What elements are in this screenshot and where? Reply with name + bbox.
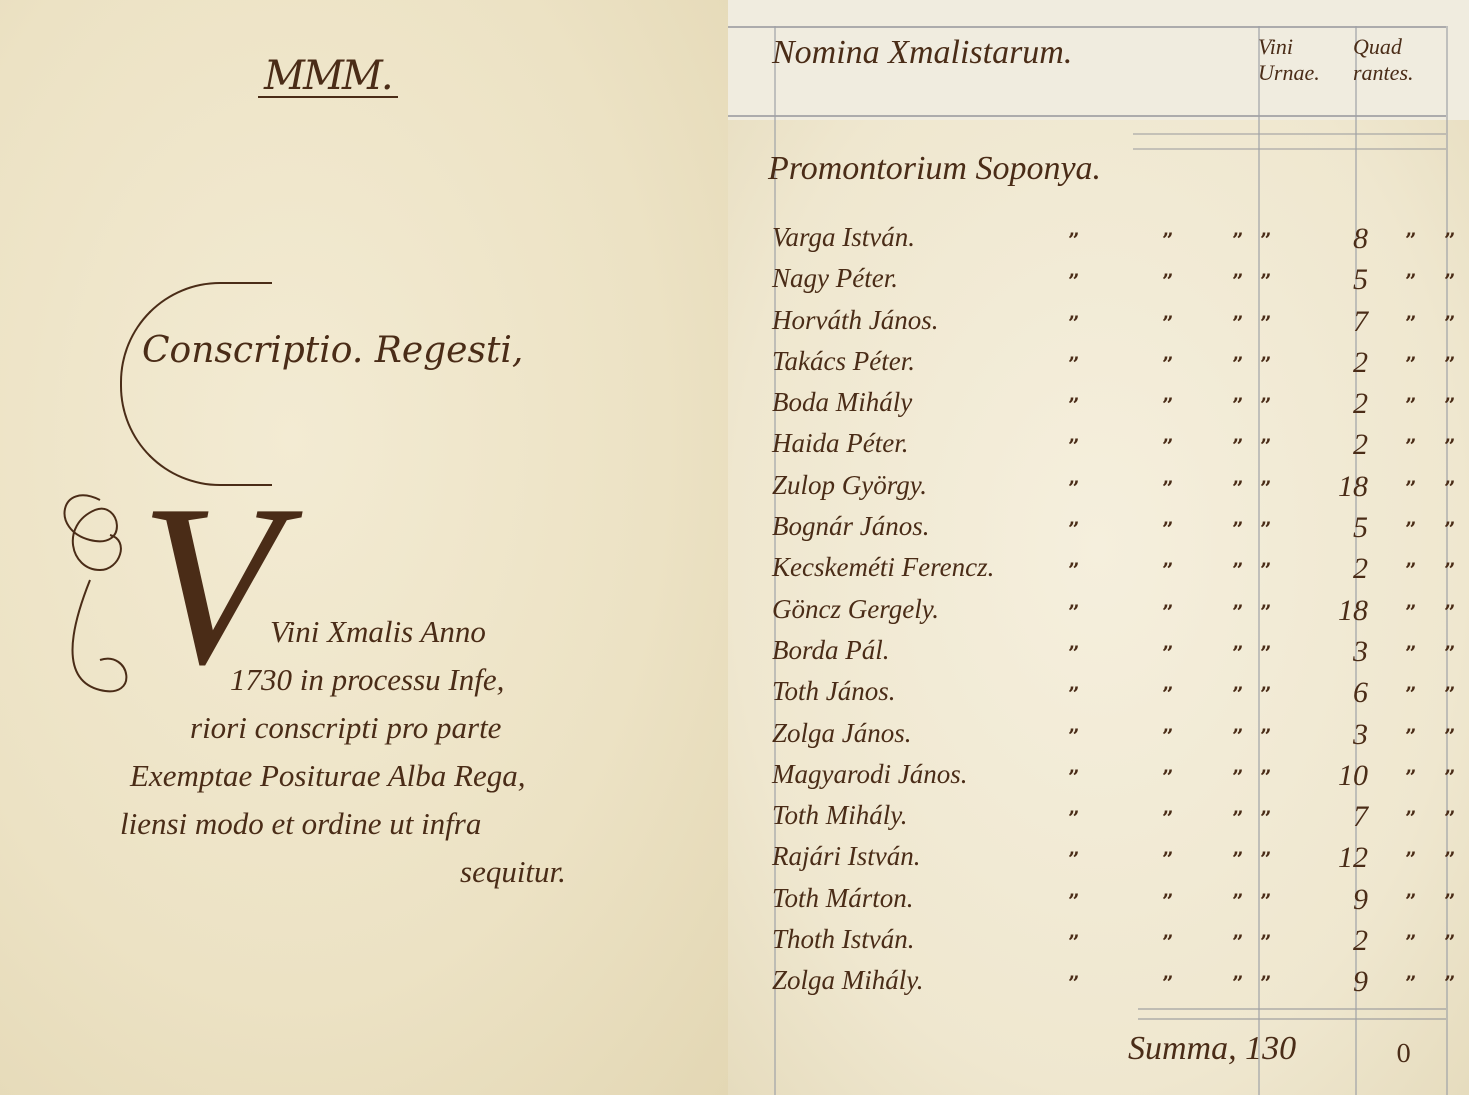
summa-quadrantes: 0 (1396, 1040, 1411, 1068)
ditto-mark: ” (1162, 600, 1174, 624)
paragraph-line: Exemptae Positurae Alba Rega, (120, 752, 730, 800)
ditto-mark: ” (1260, 517, 1272, 541)
ditto-mark: ” (1232, 476, 1244, 500)
ditto-mark: ” (1405, 269, 1417, 293)
ditto-mark: ” (1260, 847, 1272, 871)
ditto-mark: ” (1162, 269, 1174, 293)
ditto-mark: ” (1260, 434, 1272, 458)
table-row: Zolga János.””””3”” (772, 718, 1462, 759)
summa-value: 130 (1245, 1030, 1296, 1067)
ditto-mark: ” (1405, 352, 1417, 376)
ditto-mark: ” (1232, 393, 1244, 417)
ditto-mark: ” (1162, 847, 1174, 871)
row-vini-urnae: 3 (1308, 718, 1368, 752)
ditto-mark: ” (1232, 600, 1244, 624)
row-vini-urnae: 9 (1308, 965, 1368, 999)
ditto-mark: ” (1260, 682, 1272, 706)
table-row: Zolga Mihály.””””9”” (772, 965, 1462, 1006)
ditto-mark: ” (1068, 476, 1080, 500)
ditto-mark: ” (1232, 269, 1244, 293)
ditto-mark: ” (1405, 847, 1417, 871)
row-name: Zolga Mihály. (772, 965, 924, 996)
table-body: Varga István.””””8””Nagy Péter.””””5””Ho… (772, 222, 1462, 1007)
ditto-mark: ” (1232, 930, 1244, 954)
ditto-mark: ” (1162, 724, 1174, 748)
table-row: Boda Mihály””””2”” (772, 387, 1462, 428)
paragraph-line: sequitur. (120, 848, 730, 896)
ditto-mark: ” (1444, 724, 1456, 748)
ditto-mark: ” (1444, 352, 1456, 376)
ditto-mark: ” (1068, 971, 1080, 995)
row-vini-urnae: 2 (1308, 346, 1368, 380)
ditto-mark: ” (1444, 682, 1456, 706)
row-name: Toth Mihály. (772, 800, 908, 831)
row-name: Toth Márton. (772, 883, 914, 914)
ditto-mark: ” (1405, 765, 1417, 789)
table-row: Kecskeméti Ferencz.””””2”” (772, 552, 1462, 593)
ditto-mark: ” (1405, 641, 1417, 665)
ditto-mark: ” (1162, 228, 1174, 252)
ditto-mark: ” (1260, 393, 1272, 417)
row-vini-urnae: 5 (1308, 511, 1368, 545)
table-row: Thoth István.””””2”” (772, 924, 1462, 965)
ditto-mark: ” (1068, 558, 1080, 582)
ditto-mark: ” (1405, 434, 1417, 458)
ditto-mark: ” (1405, 682, 1417, 706)
ditto-mark: ” (1232, 806, 1244, 830)
row-vini-urnae: 7 (1308, 305, 1368, 339)
ditto-mark: ” (1405, 600, 1417, 624)
row-vini-urnae: 7 (1308, 800, 1368, 834)
ditto-mark: ” (1260, 600, 1272, 624)
ditto-mark: ” (1260, 724, 1272, 748)
ditto-mark: ” (1068, 641, 1080, 665)
ditto-mark: ” (1068, 806, 1080, 830)
ditto-mark: ” (1068, 682, 1080, 706)
ditto-mark: ” (1405, 558, 1417, 582)
table-rule-top (728, 26, 1446, 28)
ditto-mark: ” (1232, 765, 1244, 789)
ditto-mark: ” (1068, 517, 1080, 541)
ditto-mark: ” (1260, 889, 1272, 913)
ditto-mark: ” (1068, 724, 1080, 748)
ditto-mark: ” (1260, 476, 1272, 500)
ditto-mark: ” (1405, 889, 1417, 913)
table-row: Toth Márton.””””9”” (772, 883, 1462, 924)
row-name: Zulop György. (772, 470, 927, 501)
ditto-mark: ” (1162, 682, 1174, 706)
summa-rule (1138, 1008, 1446, 1010)
ditto-mark: ” (1260, 971, 1272, 995)
folio-mark: MMM. (258, 56, 398, 98)
ditto-mark: ” (1444, 517, 1456, 541)
table-rule (1133, 133, 1446, 135)
ditto-mark: ” (1068, 311, 1080, 335)
ditto-mark: ” (1260, 269, 1272, 293)
table-row: Varga István.””””8”” (772, 222, 1462, 263)
ditto-mark: ” (1444, 269, 1456, 293)
ditto-mark: ” (1162, 641, 1174, 665)
paragraph-line: riori conscripti pro parte (120, 704, 730, 752)
ditto-mark: ” (1260, 352, 1272, 376)
table-rule (1133, 148, 1446, 150)
table-rule-header-bottom (728, 115, 1446, 117)
ditto-mark: ” (1444, 228, 1456, 252)
ditto-mark: ” (1260, 930, 1272, 954)
page-title: Conscriptio. Regesti, (142, 330, 523, 371)
ditto-mark: ” (1444, 393, 1456, 417)
ditto-mark: ” (1162, 393, 1174, 417)
table-row: Göncz Gergely.””””18”” (772, 594, 1462, 635)
ditto-mark: ” (1232, 682, 1244, 706)
ditto-mark: ” (1162, 889, 1174, 913)
header-line: Quad (1353, 34, 1414, 60)
intro-paragraph: Vini Xmalis Anno 1730 in processu Infe, … (120, 608, 730, 896)
paragraph-line: liensi modo et ordine ut infra (120, 800, 730, 848)
row-vini-urnae: 6 (1308, 676, 1368, 710)
row-name: Borda Pál. (772, 635, 890, 666)
row-vini-urnae: 2 (1308, 387, 1368, 421)
ditto-mark: ” (1232, 847, 1244, 871)
ditto-mark: ” (1068, 600, 1080, 624)
header-line: rantes. (1353, 60, 1414, 86)
ditto-mark: ” (1068, 765, 1080, 789)
table-row: Zulop György.””””18”” (772, 470, 1462, 511)
row-name: Takács Péter. (772, 346, 915, 377)
ditto-mark: ” (1260, 558, 1272, 582)
ditto-mark: ” (1405, 311, 1417, 335)
row-name: Nagy Péter. (772, 263, 898, 294)
row-vini-urnae: 3 (1308, 635, 1368, 669)
ditto-mark: ” (1444, 971, 1456, 995)
ditto-mark: ” (1162, 806, 1174, 830)
ditto-mark: ” (1405, 517, 1417, 541)
column-header-quadrantes: Quad rantes. (1353, 34, 1414, 86)
ditto-mark: ” (1444, 558, 1456, 582)
ditto-mark: ” (1232, 724, 1244, 748)
paragraph-line: Vini Xmalis Anno (120, 608, 730, 656)
ditto-mark: ” (1405, 393, 1417, 417)
row-name: Kecskeméti Ferencz. (772, 552, 994, 583)
header-line: Vini (1258, 34, 1320, 60)
table-row: Toth János.””””6”” (772, 676, 1462, 717)
ditto-mark: ” (1405, 476, 1417, 500)
row-vini-urnae: 2 (1308, 428, 1368, 462)
row-vini-urnae: 18 (1308, 470, 1368, 504)
table-row: Takács Péter.””””2”” (772, 346, 1462, 387)
row-name: Boda Mihály (772, 387, 912, 418)
ditto-mark: ” (1260, 765, 1272, 789)
ditto-mark: ” (1068, 930, 1080, 954)
ditto-mark: ” (1068, 434, 1080, 458)
ditto-mark: ” (1444, 311, 1456, 335)
column-header-names: Nomina Xmalistarum. (772, 34, 1072, 72)
table-row: Magyarodi János.””””10”” (772, 759, 1462, 800)
ditto-mark: ” (1405, 228, 1417, 252)
table-row: Haida Péter.””””2”” (772, 428, 1462, 469)
decorative-initial-c (120, 282, 272, 486)
ditto-mark: ” (1444, 806, 1456, 830)
ditto-mark: ” (1444, 930, 1456, 954)
ditto-mark: ” (1260, 228, 1272, 252)
ditto-mark: ” (1232, 311, 1244, 335)
ditto-mark: ” (1068, 847, 1080, 871)
row-name: Zolga János. (772, 718, 912, 749)
summa-label: Summa, (1128, 1030, 1237, 1067)
section-title: Promontorium Soponya. (768, 150, 1101, 188)
ditto-mark: ” (1405, 724, 1417, 748)
ditto-mark: ” (1068, 269, 1080, 293)
ditto-mark: ” (1162, 352, 1174, 376)
table-row: Nagy Péter.””””5”” (772, 263, 1462, 304)
row-name: Thoth István. (772, 924, 915, 955)
row-vini-urnae: 10 (1308, 759, 1368, 793)
ditto-mark: ” (1162, 971, 1174, 995)
ditto-mark: ” (1405, 806, 1417, 830)
ditto-mark: ” (1232, 352, 1244, 376)
ditto-mark: ” (1260, 641, 1272, 665)
table-row: Horváth János.””””7”” (772, 305, 1462, 346)
row-name: Haida Péter. (772, 428, 908, 459)
ditto-mark: ” (1068, 228, 1080, 252)
ditto-mark: ” (1232, 434, 1244, 458)
ditto-mark: ” (1444, 847, 1456, 871)
paragraph-line: 1730 in processu Infe, (120, 656, 730, 704)
table-row: Toth Mihály.””””7”” (772, 800, 1462, 841)
ditto-mark: ” (1444, 434, 1456, 458)
ditto-mark: ” (1232, 228, 1244, 252)
table-row: Bognár János.””””5”” (772, 511, 1462, 552)
ditto-mark: ” (1162, 434, 1174, 458)
ditto-mark: ” (1444, 600, 1456, 624)
row-vini-urnae: 5 (1308, 263, 1368, 297)
ditto-mark: ” (1405, 971, 1417, 995)
row-vini-urnae: 18 (1308, 594, 1368, 628)
ditto-mark: ” (1232, 517, 1244, 541)
row-vini-urnae: 2 (1308, 924, 1368, 958)
ditto-mark: ” (1162, 930, 1174, 954)
ditto-mark: ” (1444, 889, 1456, 913)
ditto-mark: ” (1162, 558, 1174, 582)
ditto-mark: ” (1068, 393, 1080, 417)
table-row: Borda Pál.””””3”” (772, 635, 1462, 676)
ditto-mark: ” (1232, 558, 1244, 582)
ditto-mark: ” (1232, 971, 1244, 995)
right-page: Nomina Xmalistarum. Vini Urnae. Quad ran… (728, 0, 1469, 1095)
ditto-mark: ” (1068, 889, 1080, 913)
table-row: Rajári István.””””12”” (772, 841, 1462, 882)
row-vini-urnae: 12 (1308, 841, 1368, 875)
ditto-mark: ” (1232, 889, 1244, 913)
ditto-mark: ” (1162, 765, 1174, 789)
ditto-mark: ” (1260, 311, 1272, 335)
row-vini-urnae: 2 (1308, 552, 1368, 586)
ditto-mark: ” (1162, 311, 1174, 335)
column-header-vini-urnae: Vini Urnae. (1258, 34, 1320, 86)
row-name: Göncz Gergely. (772, 594, 939, 625)
ditto-mark: ” (1232, 641, 1244, 665)
summa-total: Summa, 130 (1128, 1030, 1296, 1068)
row-name: Toth János. (772, 676, 896, 707)
ditto-mark: ” (1444, 641, 1456, 665)
summa-rule (1138, 1018, 1446, 1020)
ditto-mark: ” (1260, 806, 1272, 830)
ditto-mark: ” (1444, 765, 1456, 789)
ditto-mark: ” (1405, 930, 1417, 954)
row-name: Bognár János. (772, 511, 930, 542)
left-page: MMM. Conscriptio. Regesti, V Vini Xmalis… (0, 0, 728, 1095)
ditto-mark: ” (1162, 476, 1174, 500)
row-name: Rajári István. (772, 841, 921, 872)
ditto-mark: ” (1162, 517, 1174, 541)
row-name: Horváth János. (772, 305, 938, 336)
row-vini-urnae: 9 (1308, 883, 1368, 917)
header-line: Urnae. (1258, 60, 1320, 86)
row-name: Varga István. (772, 222, 915, 253)
ditto-mark: ” (1444, 476, 1456, 500)
row-name: Magyarodi János. (772, 759, 967, 790)
row-vini-urnae: 8 (1308, 222, 1368, 256)
ditto-mark: ” (1068, 352, 1080, 376)
